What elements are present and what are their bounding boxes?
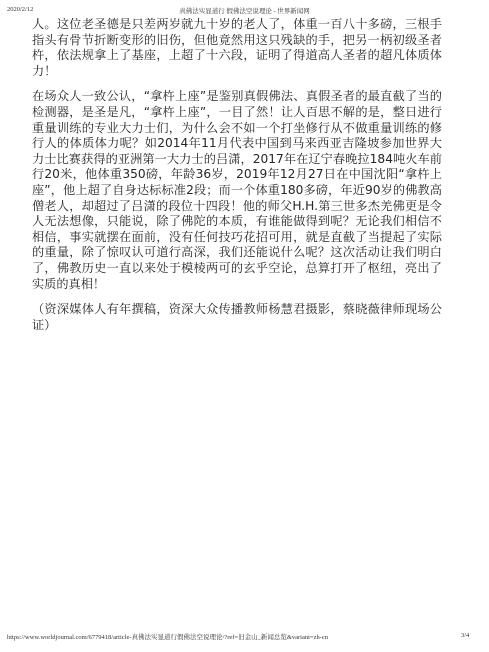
page-title: 真佛法实显道行 假佛法空说理论 - 世界新闻网 (0, 6, 489, 15)
article-credit: （资深媒体人有年撰稿，资深大众传播教师杨慧君摄影，蔡晓薇律师现场公证） (32, 302, 442, 333)
source-url: https://www.worldjournal.com/6779418/art… (7, 632, 328, 641)
article-body: 人。这位老圣德是只差两岁就九十岁的老人了，体重一百八十多磅，三根手指头有骨节折断… (32, 17, 442, 333)
page-number: 3/4 (461, 632, 469, 639)
article-paragraph: 人。这位老圣德是只差两岁就九十岁的老人了，体重一百八十多磅，三根手指头有骨节折断… (32, 17, 442, 79)
print-header: 2020/2/12 真佛法实显道行 假佛法空说理论 - 世界新闻网 (0, 6, 489, 16)
print-footer: https://www.worldjournal.com/6779418/art… (0, 632, 489, 642)
article-paragraph: 在场众人一致公认，“拿杵上座”是鉴别真假佛法、真假圣者的最直截了当的检测器，是圣… (32, 89, 442, 292)
